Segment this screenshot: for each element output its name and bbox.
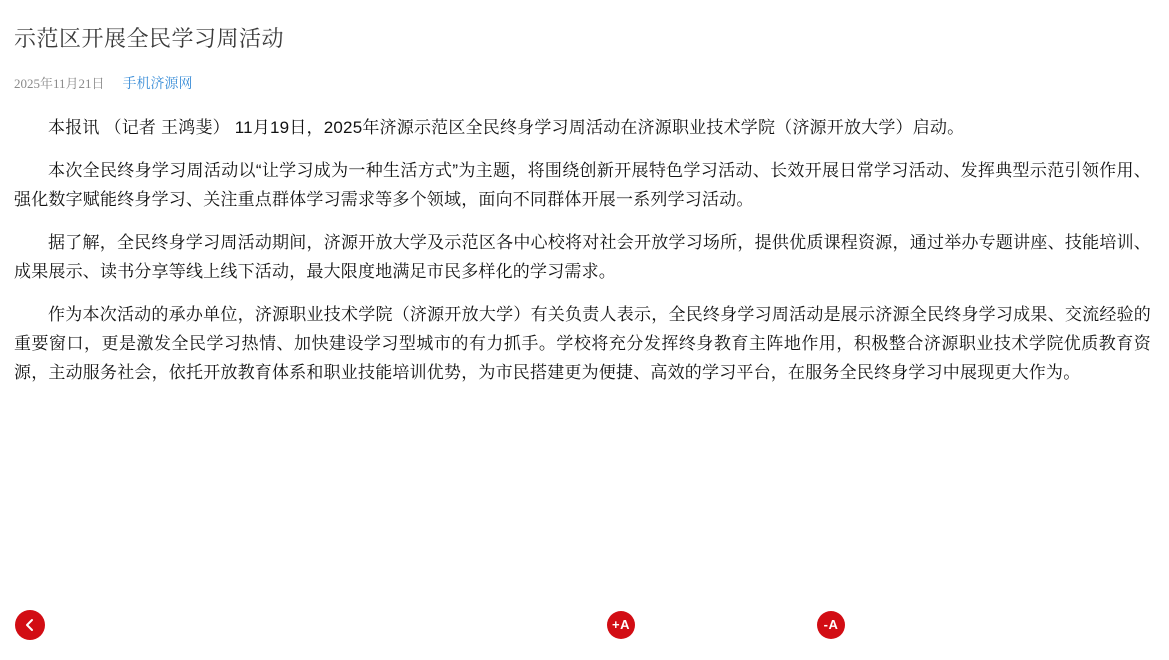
page-title: 示范区开展全民学习周活动 bbox=[14, 26, 1151, 52]
publish-date: 2025年11月21日 bbox=[14, 73, 105, 92]
paragraph: 据了解，全民终身学习周活动期间，济源开放大学及示范区各中心校将对社会开放学习场所… bbox=[14, 228, 1151, 286]
article-content: 示范区开展全民学习周活动 2025年11月21日 手机济源网 本报讯 （记者 王… bbox=[0, 0, 1169, 387]
article-body: 本报讯 （记者 王鸿斐） 11月19日，2025年济源示范区全民终身学习周活动在… bbox=[14, 113, 1151, 387]
chevron-left-icon bbox=[22, 617, 38, 633]
increase-font-button[interactable]: +A bbox=[607, 611, 635, 639]
paragraph: 作为本次活动的承办单位，济源职业技术学院（济源开放大学）有关负责人表示，全民终身… bbox=[14, 300, 1151, 387]
back-button[interactable] bbox=[15, 610, 45, 640]
paragraph: 本次全民终身学习周活动以“让学习成为一种生活方式”为主题，将围绕创新开展特色学习… bbox=[14, 156, 1151, 214]
decrease-font-button[interactable]: -A bbox=[817, 611, 845, 639]
article-meta: 2025年11月21日 手机济源网 bbox=[14, 73, 1151, 93]
source-link[interactable]: 手机济源网 bbox=[123, 73, 193, 93]
paragraph: 本报讯 （记者 王鸿斐） 11月19日，2025年济源示范区全民终身学习周活动在… bbox=[14, 113, 1151, 142]
article-page: 示范区开展全民学习周活动 2025年11月21日 手机济源网 本报讯 （记者 王… bbox=[0, 0, 1169, 660]
